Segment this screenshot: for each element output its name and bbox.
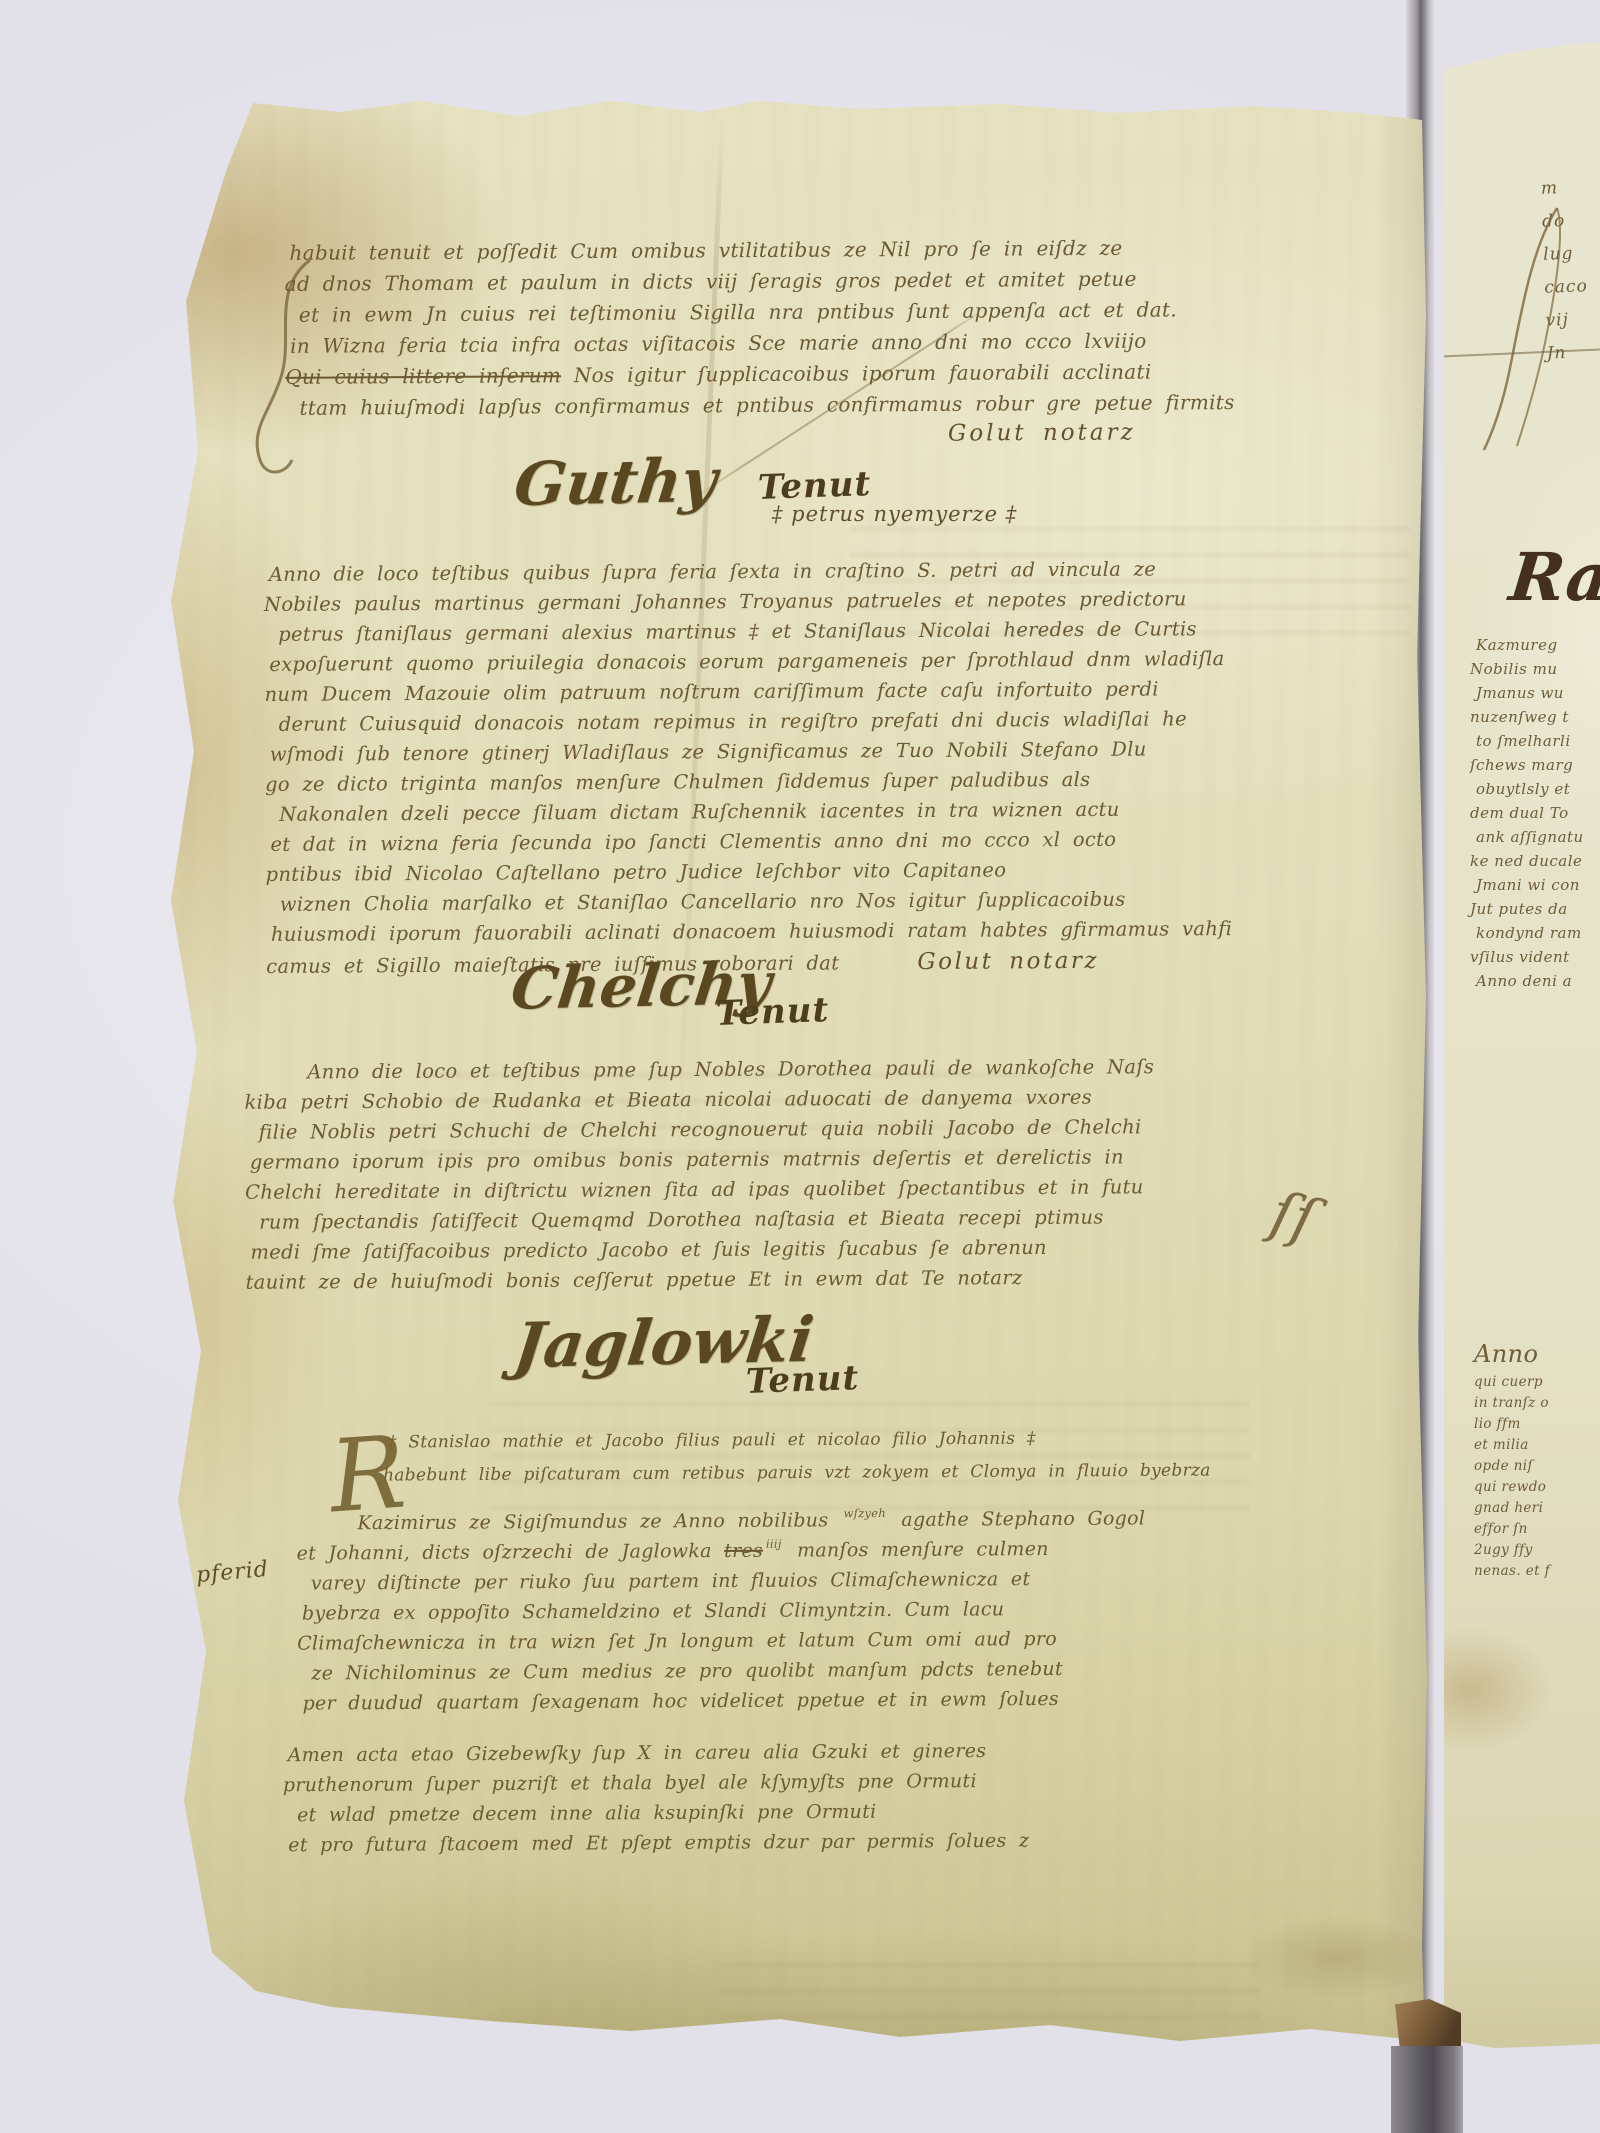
text-line: ſchews marg <box>1470 756 1582 780</box>
text-line: et pro futura ſtacoem med Et pſept empti… <box>288 1830 1029 1865</box>
text-line: Jmani wi con <box>1476 876 1588 900</box>
section-abbrev-tenuit: Tenut <box>715 990 830 1034</box>
paragraph-jaglowki-second: Amen acta etao Gizebewſky ſup X in careu… <box>288 1740 1030 1865</box>
paragraph-guthy: Anno die loco teſtibus quibus ſupra feri… <box>269 557 1233 983</box>
text-line: ‡ Stanislao mathie et Jacobo filius paul… <box>388 1427 1216 1465</box>
text-line: ank aſſignatu <box>1476 828 1588 852</box>
text-line: petrus ſtaniſlaus germani alexius martin… <box>278 617 1239 653</box>
text-line: in tranſz o <box>1474 1395 1550 1416</box>
text-line: gnad heri <box>1474 1500 1550 1521</box>
text-line: Nobilis mu <box>1470 660 1582 684</box>
text-line: per duudud quartam ſexagenam hoc videlic… <box>302 1687 1146 1722</box>
text-line: varey diſtincte per riuko ſuu partem int… <box>311 1567 1155 1602</box>
paragraph-jaglowki-addition: ‡ Stanislao mathie et Jacobo filius paul… <box>388 1427 1216 1498</box>
text-line: et wlad pmetze decem inne alia ksupinſki… <box>297 1800 1038 1835</box>
manuscript-right-page: mdolugcacovijJn Ra KazmuregNobilis muJma… <box>1434 40 1600 2052</box>
text-line: derunt Cuiusquid donacois notam repimus … <box>279 707 1240 743</box>
text-line: dem dual To <box>1470 804 1582 828</box>
notary-signature: Golut notarz <box>948 419 1136 446</box>
text-line: habebunt libe piſcaturam cum retibus par… <box>383 1461 1211 1499</box>
text-line: to ſmelharli <box>1476 732 1588 756</box>
paragraph-chelchy: Anno die loco et teſtibus pme ſup Nobles… <box>249 1055 1155 1301</box>
text-line: Jut putes da <box>1470 900 1582 924</box>
ink-bleedthrough <box>720 1946 1260 2046</box>
text-line: qui cuerp <box>1474 1374 1550 1395</box>
text-line: pruthenorum ſuper puzriſt et thala byel … <box>283 1770 1024 1805</box>
text-line: Kazmureg <box>1476 636 1588 660</box>
text-line: Anno deni a <box>1476 972 1588 996</box>
text-line: nuzenſweg t <box>1470 708 1582 732</box>
text-line: effor ſn <box>1474 1521 1550 1542</box>
text-line: opde niſ <box>1474 1458 1550 1479</box>
text-line: filie Noblis petri Schuchi de Chelchi re… <box>259 1115 1164 1151</box>
text-line: obuytlsly et <box>1476 780 1588 804</box>
text-line: 2ugy ffy <box>1474 1542 1550 1563</box>
text-line: rum ſpectandis ſatiſfecit Quemqmd Doroth… <box>259 1205 1164 1241</box>
text-line: nenas. et f <box>1474 1563 1550 1584</box>
manuscript-photo: habuit tenuit et poſſedit Cum omibus vti… <box>0 0 1600 2133</box>
facing-page-heading: Ra <box>1506 538 1600 616</box>
paragraph-jaglowki: Kazimirus ze Sigiſmundus ze Anno nobilib… <box>301 1507 1146 1722</box>
text-line: ze Nichilominus ze Cum medius ze pro quo… <box>311 1657 1155 1692</box>
section-abbrev-tenuit: Tenut <box>745 1358 860 1402</box>
text-line: lio ffm <box>1474 1416 1550 1437</box>
section-subtitle: ‡ petrus nyemyerze ‡ <box>772 502 1017 526</box>
section-title-guthy: Guthy <box>511 446 721 520</box>
text-line: Jmanus wu <box>1476 684 1588 708</box>
text-line: et in ewm Jn cuius rei teſtimoniu Sigill… <box>299 297 1234 334</box>
facing-page-column: KazmuregNobilis muJmanus wunuzenſweg tto… <box>1476 636 1588 996</box>
paragraph-opening: habuit tenuit et poſſedit Cum omibus vti… <box>289 235 1225 427</box>
text-line: tauint ze de huiuſmodi bonis ceſſerut pp… <box>246 1265 1151 1301</box>
text-line: kondynd ram <box>1476 924 1588 948</box>
text-line: et milia <box>1474 1437 1550 1458</box>
text-line: Nakonalen dzeli pecce ſiluam dictam Ruſc… <box>279 797 1240 833</box>
text-line: Amen acta etao Gizebewſky ſup X in careu… <box>288 1740 1029 1775</box>
text-line: qui rewdo <box>1474 1479 1550 1500</box>
text-line: ke ned ducale <box>1470 852 1582 876</box>
text-line: vſilus vident <box>1470 948 1582 972</box>
text-line: Anno <box>1474 1340 1550 1374</box>
text-line: wiznen Cholia marſalko et Staniſlao Canc… <box>280 887 1241 923</box>
book-cradle-strip <box>1391 2046 1463 2133</box>
pen-flourish <box>1462 188 1582 458</box>
facing-page-lower-paragraph: Annoqui cuerpin tranſz olio ffmet miliao… <box>1474 1340 1550 1584</box>
